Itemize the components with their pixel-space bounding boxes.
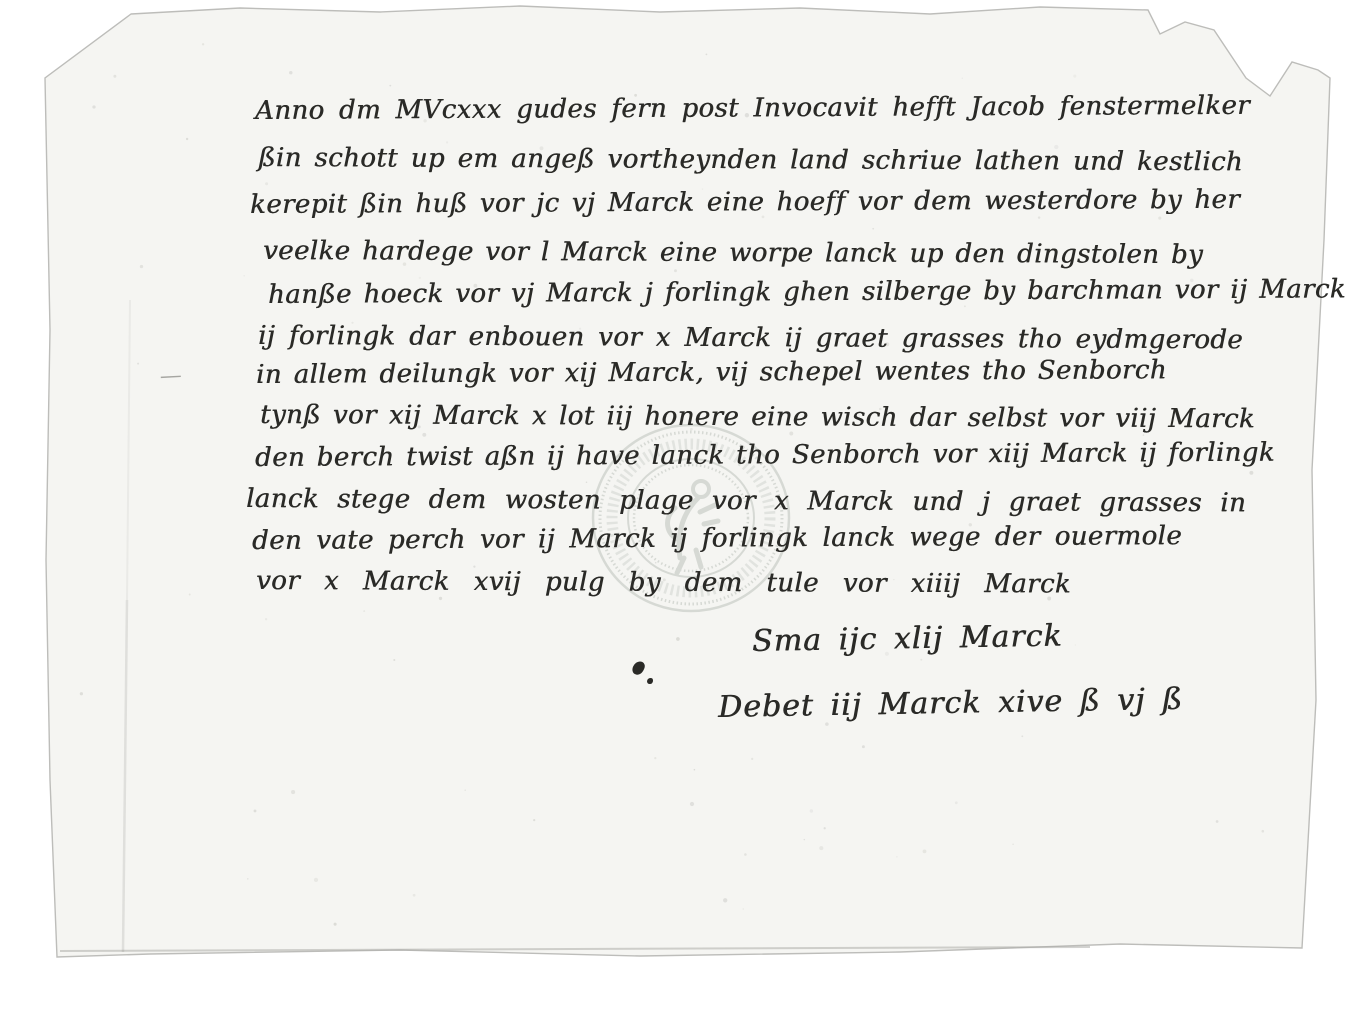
manuscript-line: ij forlingk dar enbouen vor x Marck ij g… — [258, 321, 1243, 356]
manuscript-line: vor x Marck xvij pulg by dem tule vor xi… — [256, 566, 1071, 601]
margin-dash-mark: — — [160, 371, 207, 389]
manuscript-line: in allem deilungk vor xij Marck, vij sch… — [256, 355, 1161, 391]
manuscript-line: kerepit ßin huß vor jc vj Marck eine hoe… — [250, 185, 1240, 221]
summary-total-line: Sma ijc xlij Marck — [752, 619, 1063, 659]
handwriting-layer: Anno dm MVcxxx gudes fern post Invocavit… — [0, 0, 1366, 1011]
ink-blot — [631, 659, 647, 676]
manuscript-line: hanße hoeck vor vj Marck j forlingk ghen… — [268, 275, 1268, 311]
manuscript-line: ßin schott up em angeß vortheynden land … — [258, 143, 1243, 178]
summary-debet-line: Debet iij Marck xive ß vj ß — [718, 682, 1184, 725]
document-scan: Anno dm MVcxxx gudes fern post Invocavit… — [0, 0, 1366, 1011]
manuscript-line: lanck stege dem wosten plage vor x Marck… — [246, 484, 1246, 520]
manuscript-line: veelke hardege vor l Marck eine worpe la… — [263, 236, 1203, 271]
manuscript-line: Anno dm MVcxxx gudes fern post Invocavit… — [255, 91, 1250, 127]
manuscript-line: den berch twist aßn ij have lanck tho Se… — [255, 438, 1245, 474]
manuscript-line: den vate perch vor ij Marck ij forlingk … — [252, 521, 1182, 557]
manuscript-line: tynß vor xij Marck x lot iij honere eine… — [260, 400, 1255, 436]
ink-blot — [647, 678, 653, 684]
